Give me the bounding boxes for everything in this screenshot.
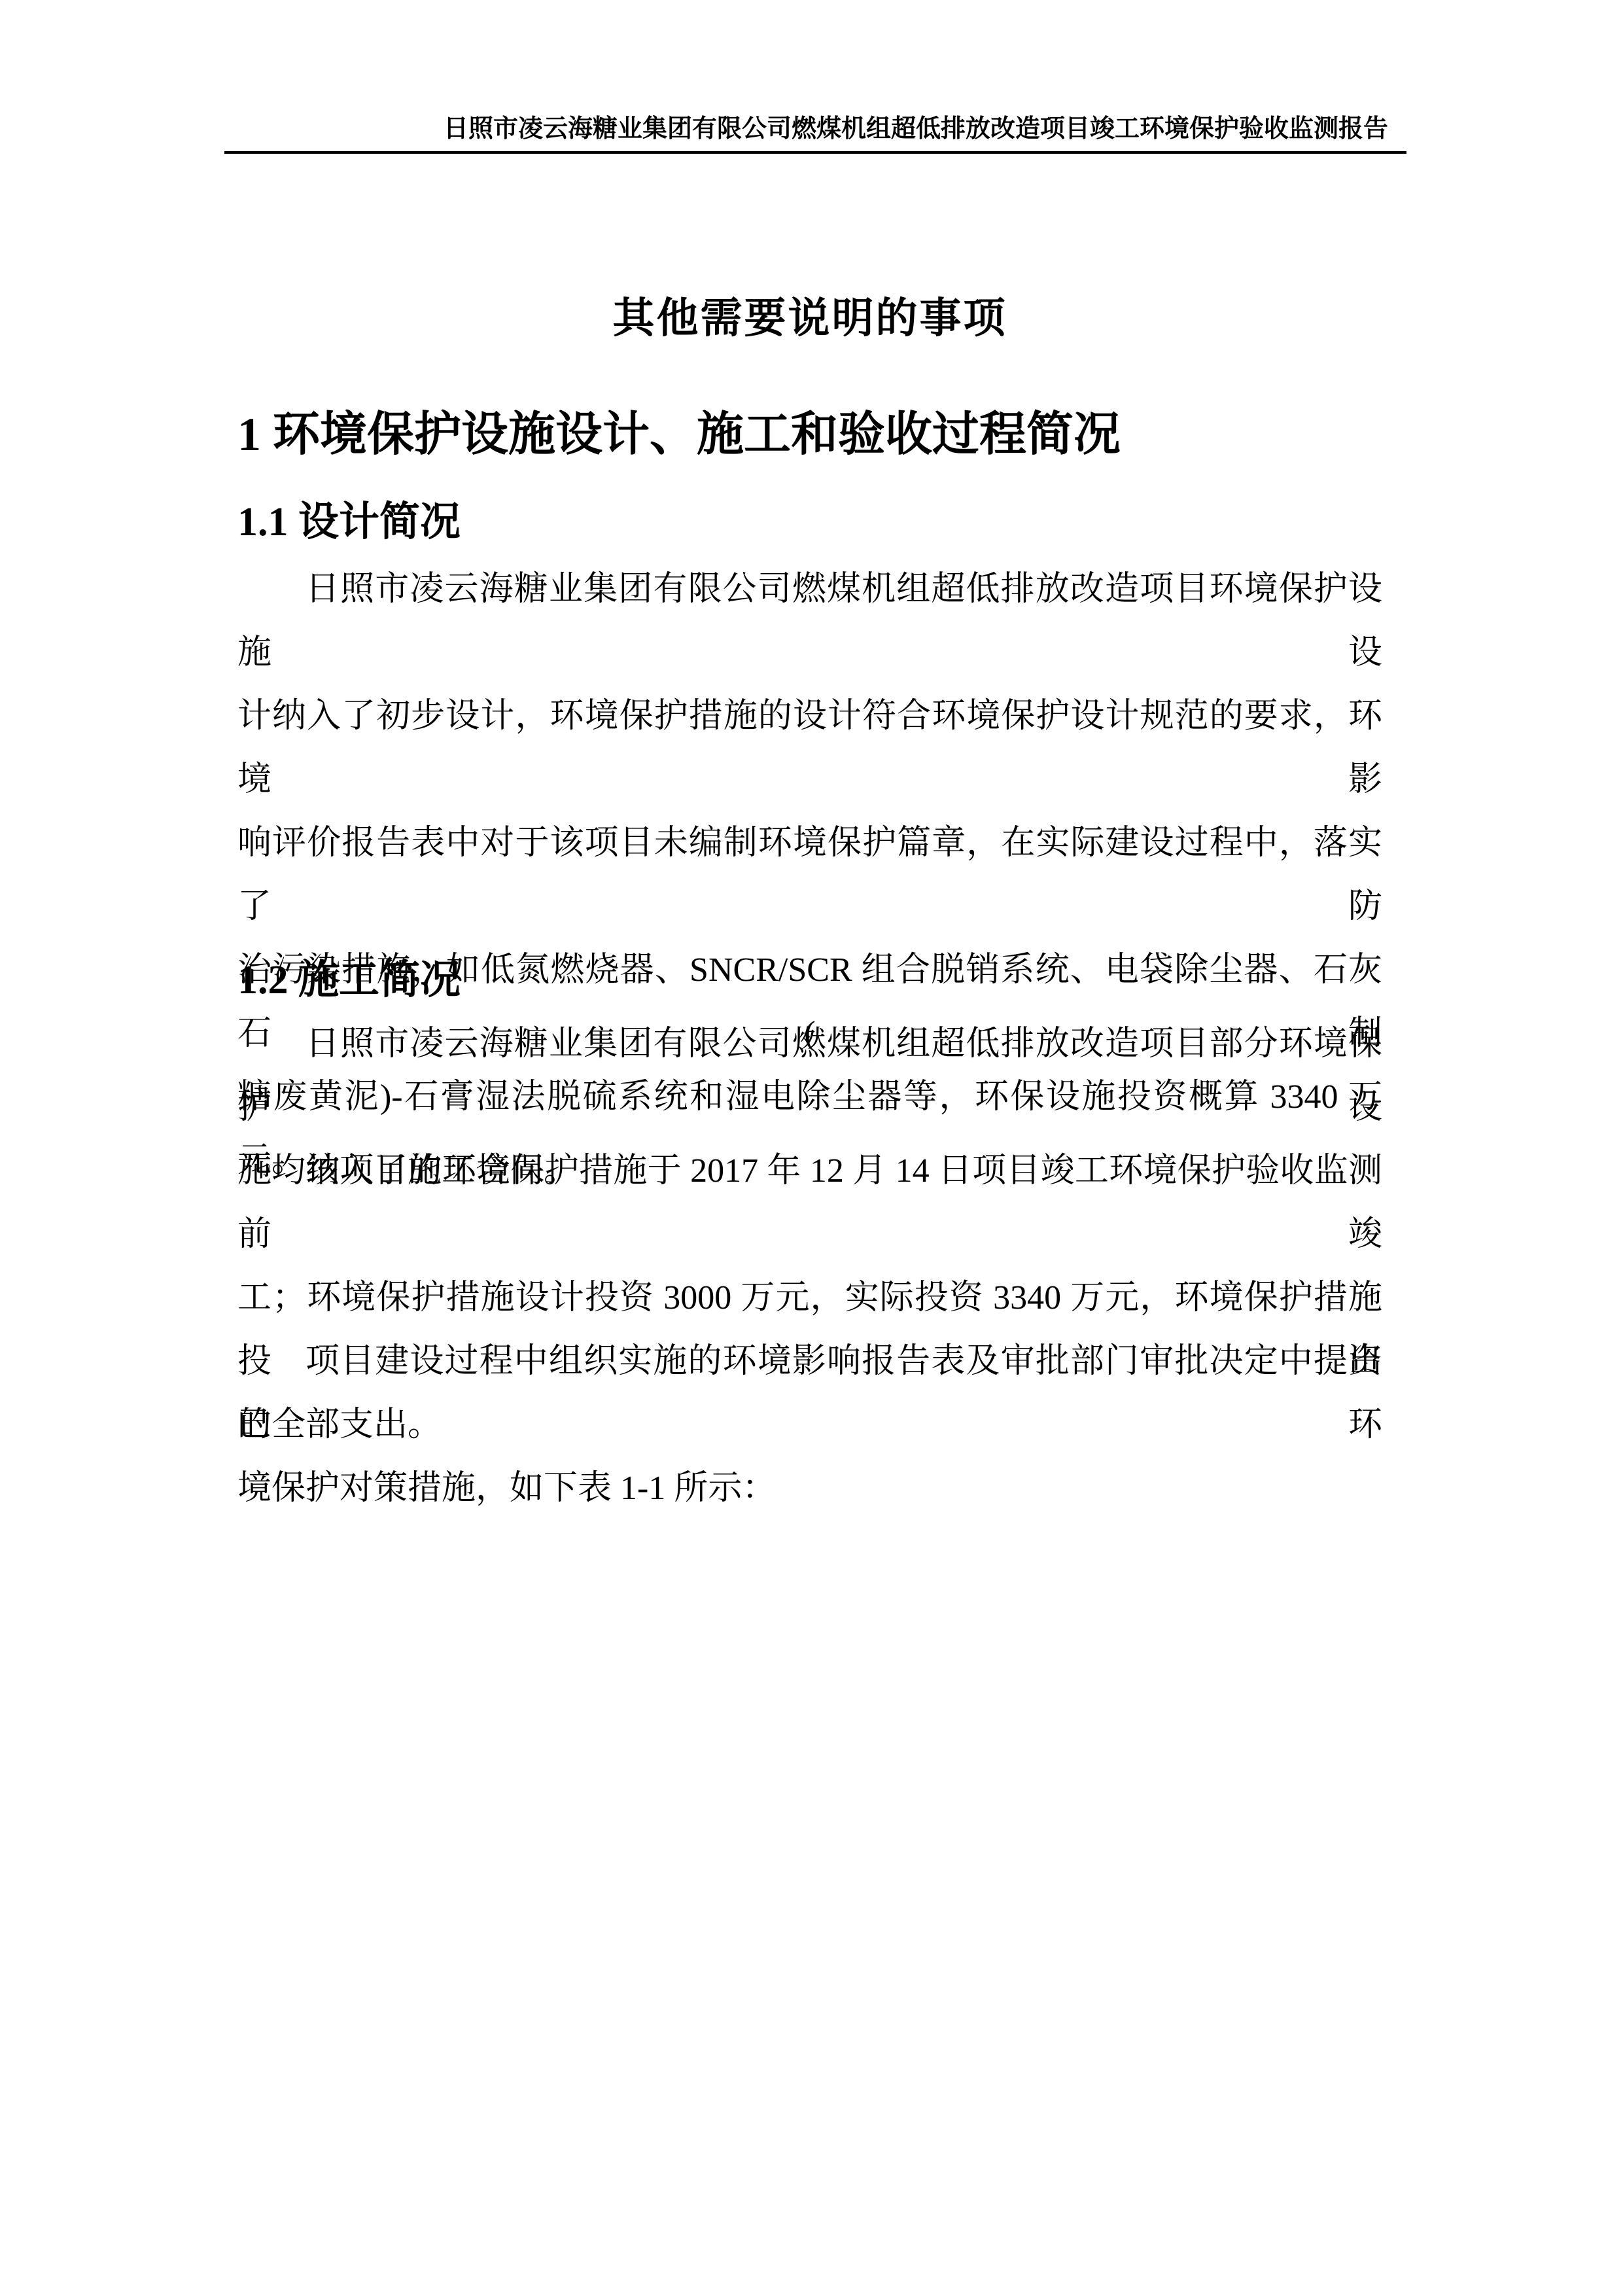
paragraph-line: 境保护对策措施，如下表 1-1 所示： xyxy=(237,1457,1382,1520)
subsection-1-1-heading: 1.1 设计简况 xyxy=(237,495,1382,550)
paragraph-line: 日照市凌云海糖业集团有限公司燃煤机组超低排放改造项目部分环境保护设 xyxy=(237,1012,1382,1139)
header-title: 日照市凌云海糖业集团有限公司燃煤机组超低排放改造项目竣工环境保护验收监测报告 xyxy=(444,115,1388,143)
page-title: 其他需要说明的事项 xyxy=(237,293,1382,343)
paragraph-line: 项目建设过程中组织实施的环境影响报告表及审批部门审批决定中提出的环 xyxy=(237,1330,1382,1457)
paragraph-line: 计纳入了初步设计，环境保护措施的设计符合环境保护设计规范的要求，环境影 xyxy=(237,684,1382,811)
paragraph-line: 该项目的环境保护措施于 2017 年 12 月 14 日项目竣工环境保护验收监测… xyxy=(237,1139,1382,1266)
section-1-heading: 1 环境保护设施设计、施工和验收过程简况 xyxy=(237,403,1408,466)
header-rule xyxy=(224,151,1406,154)
paragraph-measures-table-intro: 项目建设过程中组织实施的环境影响报告表及审批部门审批决定中提出的环 境保护对策措… xyxy=(237,1330,1382,1520)
subsection-1-2-heading: 1.2 施工简况 xyxy=(237,953,1382,1008)
page-header: 日照市凌云海糖业集团有限公司燃煤机组超低排放改造项目竣工环境保护验收监测报告 xyxy=(224,111,1406,147)
paragraph-line: 响评价报告表中对于该项目未编制环境保护篇章，在实际建设过程中，落实了防 xyxy=(237,811,1382,938)
document-page: 日照市凌云海糖业集团有限公司燃煤机组超低排放改造项目竣工环境保护验收监测报告 其… xyxy=(0,0,1623,2296)
paragraph-line: 日照市凌云海糖业集团有限公司燃煤机组超低排放改造项目环境保护设施设 xyxy=(237,557,1382,684)
